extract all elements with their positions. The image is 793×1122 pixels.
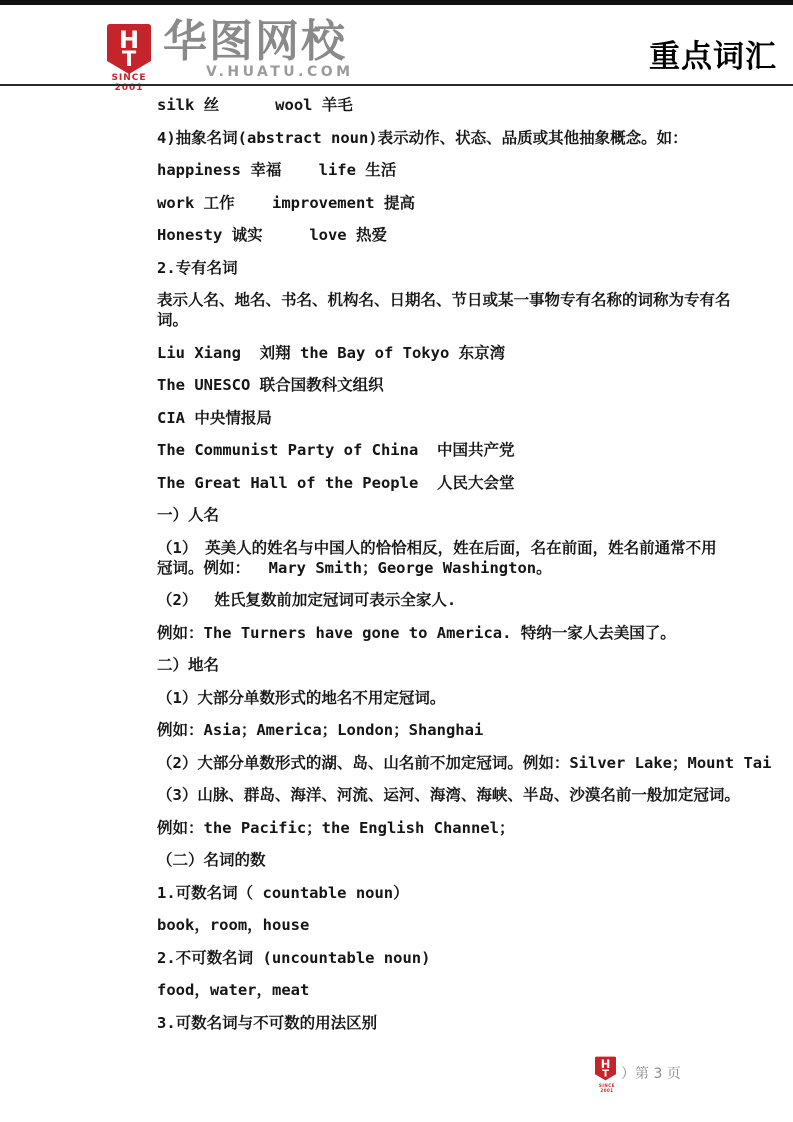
text-line: （1）大部分单数形式的地名不用定冠词。: [157, 688, 782, 708]
paragraph: happiness 幸福 life 生活: [157, 160, 782, 180]
text-line: 一）人名: [157, 505, 782, 525]
text-line: 表示人名、地名、书名、机构名、日期名、节日或某一事物专有名称的词称为专有名: [157, 290, 782, 310]
paragraph: The UNESCO 联合国教科文组织: [157, 375, 782, 395]
header: H T SINCE 2001 华图网校 V.HUATU.COM 重点词汇: [0, 0, 793, 86]
footer-since-label: SINCE 2001: [592, 1083, 622, 1093]
paragraph: Honesty 诚实 love 热爱: [157, 225, 782, 245]
svg-text:T: T: [122, 47, 137, 71]
text-line: 4)抽象名词(abstract noun)表示动作、状态、品质或其他抽象概念。如…: [157, 128, 782, 148]
document-page: H T SINCE 2001 华图网校 V.HUATU.COM 重点词汇 sil…: [0, 0, 793, 1122]
paragraph: 例如：Asia；America；London；Shanghai: [157, 720, 782, 740]
text-line: 2.不可数名词 (uncountable noun): [157, 948, 782, 968]
paragraph: （1）大部分单数形式的地名不用定冠词。: [157, 688, 782, 708]
header-divider: [0, 84, 793, 86]
text-line: silk 丝 wool 羊毛: [157, 95, 782, 115]
paragraph: （2） 姓氏复数前加定冠词可表示全家人.: [157, 590, 782, 610]
paragraph: The Great Hall of the People 人民大会堂: [157, 473, 782, 493]
paragraph: 2.专有名词: [157, 258, 782, 278]
text-line: The Communist Party of China 中国共产党: [157, 440, 782, 460]
text-line: 二）地名: [157, 655, 782, 675]
text-line: （二）名词的数: [157, 850, 782, 870]
paragraph: silk 丝 wool 羊毛: [157, 95, 782, 115]
text-line: （1） 英美人的姓名与中国人的恰恰相反，姓在后面，名在前面，姓名前通常不用: [157, 538, 782, 558]
text-line: （2） 姓氏复数前加定冠词可表示全家人.: [157, 590, 782, 610]
paragraph: 4)抽象名词(abstract noun)表示动作、状态、品质或其他抽象概念。如…: [157, 128, 782, 148]
paragraph: 例如：The Turners have gone to America. 特纳一…: [157, 623, 782, 643]
paragraph: The Communist Party of China 中国共产党: [157, 440, 782, 460]
page-title: 重点词汇: [649, 42, 777, 73]
text-line: 例如：The Turners have gone to America. 特纳一…: [157, 623, 782, 643]
text-line: 例如：the Pacific；the English Channel；: [157, 818, 782, 838]
paragraph: （二）名词的数: [157, 850, 782, 870]
text-line: （3）山脉、群岛、海洋、河流、运河、海湾、海峡、半岛、沙漠名前一般加定冠词。: [157, 785, 782, 805]
text-line: Honesty 诚实 love 热爱: [157, 225, 782, 245]
text-line: CIA 中央情报局: [157, 408, 782, 428]
paragraph: work 工作 improvement 提高: [157, 193, 782, 213]
text-line: 3.可数名词与不可数的用法区别: [157, 1013, 782, 1033]
paragraph: （2）大部分单数形式的湖、岛、山名前不加定冠词。例如：Silver Lake；M…: [157, 753, 782, 773]
paragraph: 3.可数名词与不可数的用法区别: [157, 1013, 782, 1033]
text-line: 冠词。例如： Mary Smith；George Washington。: [157, 558, 782, 578]
text-line: 2.专有名词: [157, 258, 782, 278]
text-line: work 工作 improvement 提高: [157, 193, 782, 213]
paragraph: 一）人名: [157, 505, 782, 525]
paragraph: 二）地名: [157, 655, 782, 675]
paragraph: food，water，meat: [157, 980, 782, 1000]
paragraph: （3）山脉、群岛、海洋、河流、运河、海湾、海峡、半岛、沙漠名前一般加定冠词。: [157, 785, 782, 805]
paragraph: CIA 中央情报局: [157, 408, 782, 428]
text-line: food，water，meat: [157, 980, 782, 1000]
text-line: （2）大部分单数形式的湖、岛、山名前不加定冠词。例如：Silver Lake；M…: [157, 753, 782, 773]
brand-domain: V.HUATU.COM: [206, 64, 354, 80]
logo-since-label: SINCE 2001: [100, 73, 158, 93]
paragraph: Liu Xiang 刘翔 the Bay of Tokyo 东京湾: [157, 343, 782, 363]
paragraph: 1.可数名词（ countable noun）: [157, 883, 782, 903]
text-line: book，room，house: [157, 915, 782, 935]
text-line: 1.可数名词（ countable noun）: [157, 883, 782, 903]
paragraph: book，room，house: [157, 915, 782, 935]
paragraph: （1） 英美人的姓名与中国人的恰恰相反，姓在后面，名在前面，姓名前通常不用冠词。…: [157, 538, 782, 578]
text-line: The UNESCO 联合国教科文组织: [157, 375, 782, 395]
text-line: Liu Xiang 刘翔 the Bay of Tokyo 东京湾: [157, 343, 782, 363]
paragraph: 例如：the Pacific；the English Channel；: [157, 818, 782, 838]
huatu-shield-logo-icon: H T: [107, 24, 151, 74]
text-line: 例如：Asia；America；London；Shanghai: [157, 720, 782, 740]
document-body: silk 丝 wool 羊毛4)抽象名词(abstract noun)表示动作、…: [157, 95, 782, 1045]
svg-text:T: T: [602, 1069, 609, 1080]
page-number-label: ）第 3 页: [621, 1063, 681, 1083]
paragraph: 表示人名、地名、书名、机构名、日期名、节日或某一事物专有名称的词称为专有名词。: [157, 290, 782, 330]
text-line: happiness 幸福 life 生活: [157, 160, 782, 180]
footer-huatu-logo-icon: H T: [595, 1056, 616, 1081]
brand-name: 华图网校: [163, 20, 347, 64]
text-line: The Great Hall of the People 人民大会堂: [157, 473, 782, 493]
paragraph: 2.不可数名词 (uncountable noun): [157, 948, 782, 968]
footer: H T SINCE 2001 ）第 3 页: [0, 1050, 793, 1096]
text-line: 词。: [157, 310, 782, 330]
